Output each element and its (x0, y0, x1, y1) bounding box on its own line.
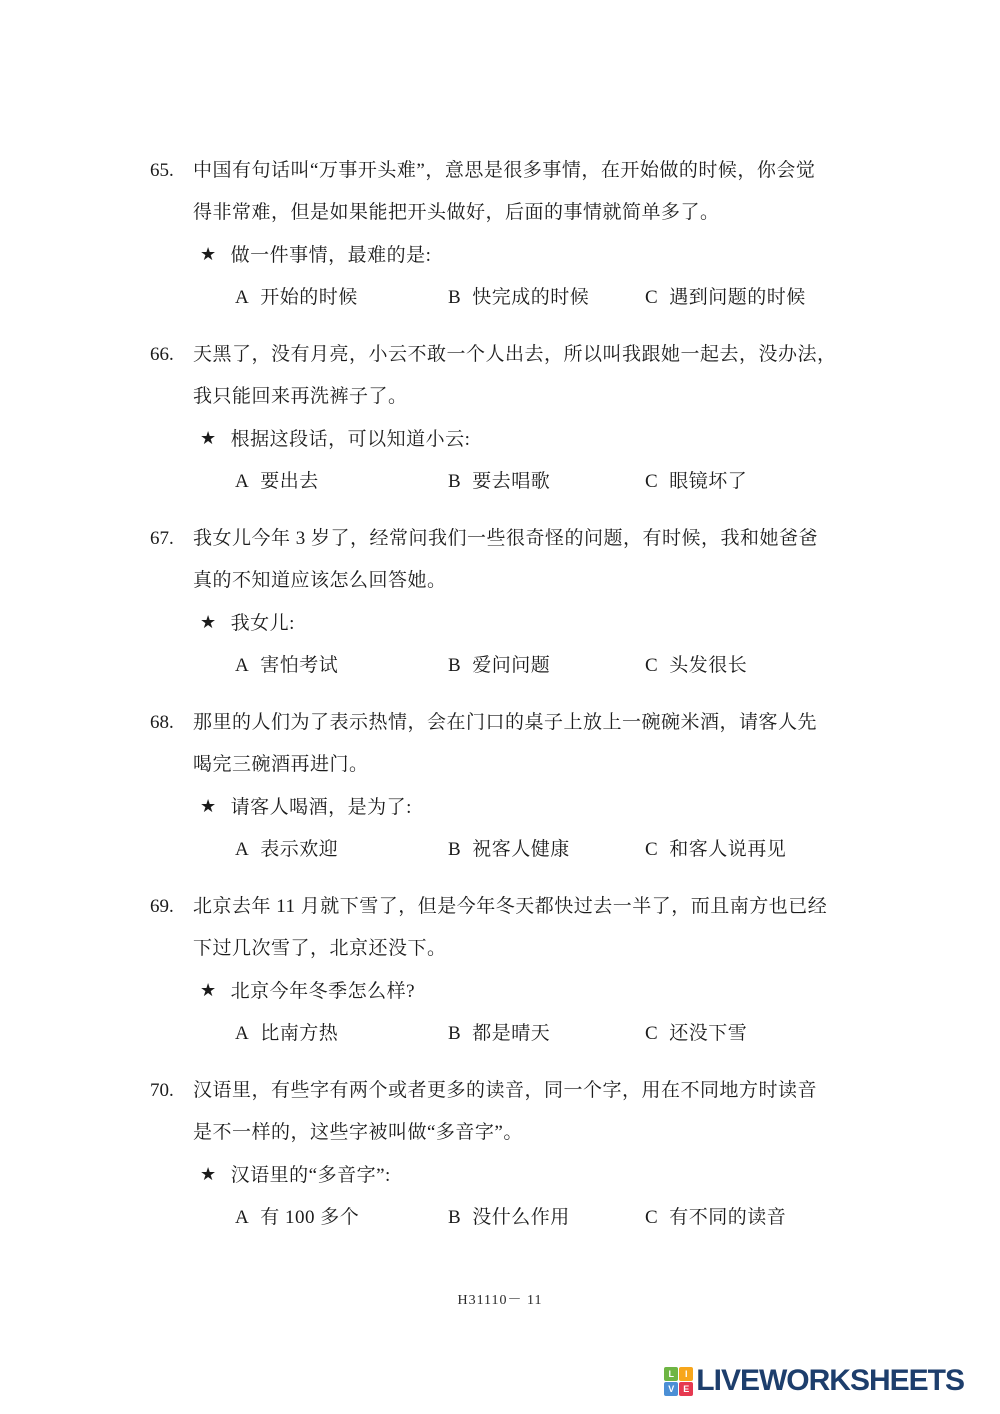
options-row: A要出去B要去唱歌C眼镜坏了 (193, 461, 880, 503)
option-c[interactable]: C遇到问题的时候 (645, 277, 880, 319)
liveworksheets-wordmark: LIVEWORKSHEETS (696, 1364, 964, 1398)
star-icon: ★ (200, 796, 217, 816)
question-body: 那里的人们为了表示热情，会在门口的桌子上放上一碗碗米酒，请客人先喝完三碗酒再进门… (193, 702, 880, 871)
option-a[interactable]: A有 100 多个 (235, 1197, 448, 1239)
option-text: 有 100 多个 (260, 1197, 359, 1239)
passage-line: 北京去年 11 月就下雪了，但是今年冬天都快过去一半了，而且南方也已经 (193, 886, 880, 928)
option-text: 头发很长 (669, 645, 747, 687)
passage-line: 汉语里，有些字有两个或者更多的读音，同一个字，用在不同地方时读音 (193, 1070, 880, 1112)
question-prompt: ★北京今年冬季怎么样? (193, 970, 880, 1013)
option-b[interactable]: B爱问问题 (448, 645, 645, 687)
options-row: A有 100 多个B没什么作用C有不同的读音 (193, 1197, 880, 1239)
option-label: B (448, 461, 461, 503)
logo-tile-i: I (679, 1367, 693, 1381)
option-b[interactable]: B祝客人健康 (448, 829, 645, 871)
option-c[interactable]: C还没下雪 (645, 1013, 880, 1055)
option-text: 眼镜坏了 (669, 461, 747, 503)
question-body: 我女儿今年 3 岁了，经常问我们一些很奇怪的问题，有时候，我和她爸爸真的不知道应… (193, 518, 880, 687)
page-footer: H31110－ 11 (0, 1289, 1000, 1309)
question-prompt: ★根据这段话，可以知道小云: (193, 418, 880, 461)
option-label: B (448, 1013, 461, 1055)
option-text: 要去唱歌 (472, 461, 550, 503)
logo-tile-l: L (664, 1367, 678, 1381)
option-text: 开始的时候 (260, 277, 358, 319)
prompt-text: 做一件事情，最难的是: (231, 245, 432, 266)
option-a[interactable]: A开始的时候 (235, 277, 448, 319)
star-icon: ★ (200, 612, 217, 632)
question-prompt: ★我女儿: (193, 602, 880, 645)
option-c[interactable]: C有不同的读音 (645, 1197, 880, 1239)
star-icon: ★ (200, 244, 217, 264)
question-prompt: ★请客人喝酒，是为了: (193, 786, 880, 829)
option-b[interactable]: B要去唱歌 (448, 461, 645, 503)
question-block: 69.北京去年 11 月就下雪了，但是今年冬天都快过去一半了，而且南方也已经下过… (150, 886, 880, 1055)
passage-line: 我只能回来再洗裤子了。 (193, 376, 880, 418)
option-text: 比南方热 (260, 1013, 338, 1055)
option-label: A (235, 277, 249, 319)
option-label: C (645, 277, 658, 319)
prompt-text: 我女儿: (231, 613, 295, 634)
option-c[interactable]: C眼镜坏了 (645, 461, 880, 503)
option-a[interactable]: A害怕考试 (235, 645, 448, 687)
question-block: 65.中国有句话叫“万事开头难”，意思是很多事情，在开始做的时候，你会觉得非常难… (150, 150, 880, 319)
option-text: 表示欢迎 (260, 829, 338, 871)
option-label: B (448, 829, 461, 871)
passage-line: 中国有句话叫“万事开头难”，意思是很多事情，在开始做的时候，你会觉 (193, 150, 880, 192)
question-prompt: ★做一件事情，最难的是: (193, 234, 880, 277)
liveworksheets-logo[interactable]: LIVE LIVEWORKSHEETS (664, 1364, 964, 1398)
option-label: C (645, 645, 658, 687)
option-text: 和客人说再见 (669, 829, 786, 871)
option-b[interactable]: B都是晴天 (448, 1013, 645, 1055)
question-block: 68.那里的人们为了表示热情，会在门口的桌子上放上一碗碗米酒，请客人先喝完三碗酒… (150, 702, 880, 871)
passage-line: 是不一样的，这些字被叫做“多音字”。 (193, 1112, 880, 1154)
logo-tile-e: E (679, 1382, 693, 1396)
question-block: 67.我女儿今年 3 岁了，经常问我们一些很奇怪的问题，有时候，我和她爸爸真的不… (150, 518, 880, 687)
option-label: B (448, 277, 461, 319)
option-a[interactable]: A表示欢迎 (235, 829, 448, 871)
option-label: C (645, 829, 658, 871)
question-number: 69. (150, 886, 193, 1055)
options-row: A表示欢迎B祝客人健康C和客人说再见 (193, 829, 880, 871)
option-label: C (645, 1197, 658, 1239)
question-number: 66. (150, 334, 193, 503)
option-text: 祝客人健康 (472, 829, 570, 871)
option-b[interactable]: B没什么作用 (448, 1197, 645, 1239)
option-text: 还没下雪 (669, 1013, 747, 1055)
option-b[interactable]: B快完成的时候 (448, 277, 645, 319)
passage-line: 喝完三碗酒再进门。 (193, 744, 880, 786)
question-body: 汉语里，有些字有两个或者更多的读音，同一个字，用在不同地方时读音是不一样的，这些… (193, 1070, 880, 1239)
option-label: C (645, 461, 658, 503)
option-text: 要出去 (260, 461, 319, 503)
option-text: 有不同的读音 (669, 1197, 786, 1239)
option-label: A (235, 645, 249, 687)
question-block: 70.汉语里，有些字有两个或者更多的读音，同一个字，用在不同地方时读音是不一样的… (150, 1070, 880, 1239)
star-icon: ★ (200, 1164, 217, 1184)
question-body: 北京去年 11 月就下雪了，但是今年冬天都快过去一半了，而且南方也已经下过几次雪… (193, 886, 880, 1055)
option-label: A (235, 1013, 249, 1055)
option-label: A (235, 1197, 249, 1239)
option-label: A (235, 461, 249, 503)
question-prompt: ★汉语里的“多音字”: (193, 1154, 880, 1197)
options-row: A开始的时候B快完成的时候C遇到问题的时候 (193, 277, 880, 319)
prompt-text: 北京今年冬季怎么样? (231, 981, 415, 1002)
star-icon: ★ (200, 980, 217, 1000)
option-text: 都是晴天 (472, 1013, 550, 1055)
option-label: C (645, 1013, 658, 1055)
question-number: 65. (150, 150, 193, 319)
option-a[interactable]: A要出去 (235, 461, 448, 503)
logo-tile-v: V (664, 1382, 678, 1396)
question-number: 67. (150, 518, 193, 687)
option-c[interactable]: C头发很长 (645, 645, 880, 687)
passage-line: 下过几次雪了，北京还没下。 (193, 928, 880, 970)
question-number: 70. (150, 1070, 193, 1239)
option-label: B (448, 645, 461, 687)
passage-line: 我女儿今年 3 岁了，经常问我们一些很奇怪的问题，有时候，我和她爸爸 (193, 518, 880, 560)
option-text: 遇到问题的时候 (669, 277, 806, 319)
option-text: 快完成的时候 (472, 277, 589, 319)
passage-line: 那里的人们为了表示热情，会在门口的桌子上放上一碗碗米酒，请客人先 (193, 702, 880, 744)
option-text: 没什么作用 (472, 1197, 570, 1239)
questions-section: 65.中国有句话叫“万事开头难”，意思是很多事情，在开始做的时候，你会觉得非常难… (150, 150, 880, 1254)
prompt-text: 根据这段话，可以知道小云: (231, 429, 471, 450)
option-a[interactable]: A比南方热 (235, 1013, 448, 1055)
option-label: A (235, 829, 249, 871)
options-row: A害怕考试B爱问问题C头发很长 (193, 645, 880, 687)
option-c[interactable]: C和客人说再见 (645, 829, 880, 871)
question-body: 中国有句话叫“万事开头难”，意思是很多事情，在开始做的时候，你会觉得非常难，但是… (193, 150, 880, 319)
prompt-text: 汉语里的“多音字”: (231, 1165, 391, 1186)
option-text: 害怕考试 (260, 645, 338, 687)
passage-line: 真的不知道应该怎么回答她。 (193, 560, 880, 602)
prompt-text: 请客人喝酒，是为了: (231, 797, 412, 818)
question-block: 66.天黑了，没有月亮，小云不敢一个人出去，所以叫我跟她一起去，没办法，我只能回… (150, 334, 880, 503)
option-text: 爱问问题 (472, 645, 550, 687)
passage-line: 天黑了，没有月亮，小云不敢一个人出去，所以叫我跟她一起去，没办法， (193, 334, 880, 376)
question-body: 天黑了，没有月亮，小云不敢一个人出去，所以叫我跟她一起去，没办法，我只能回来再洗… (193, 334, 880, 503)
options-row: A比南方热B都是晴天C还没下雪 (193, 1013, 880, 1055)
question-number: 68. (150, 702, 193, 871)
option-label: B (448, 1197, 461, 1239)
liveworksheets-tiles-icon: LIVE (664, 1367, 693, 1396)
passage-line: 得非常难，但是如果能把开头做好，后面的事情就简单多了。 (193, 192, 880, 234)
page-code: H31110－ 11 (457, 1293, 542, 1308)
star-icon: ★ (200, 428, 217, 448)
worksheet-page: 65.中国有句话叫“万事开头难”，意思是很多事情，在开始做的时候，你会觉得非常难… (0, 0, 1000, 1414)
